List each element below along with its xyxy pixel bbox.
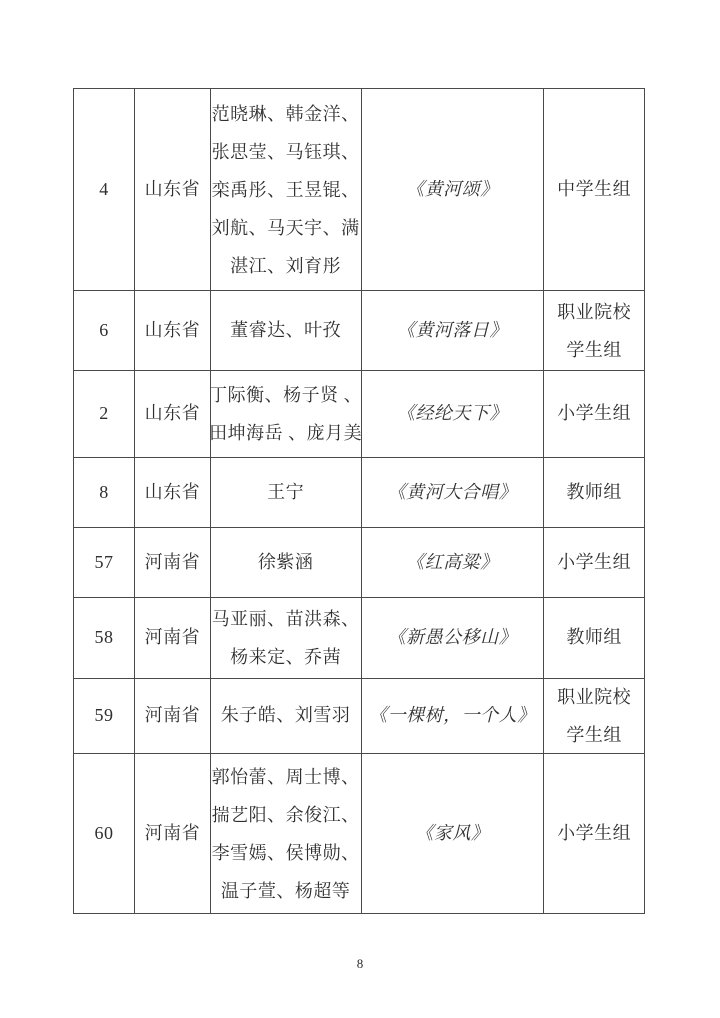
- cell-province: 山东省: [135, 291, 211, 371]
- cell-work-title-text: 《经纶天下》: [397, 402, 508, 425]
- cell-participant-names: 朱子皓、刘雪羽: [211, 679, 362, 754]
- table-row: 2山东省丁际衡、杨子贤 、田坤海岳 、庞月美《经纶天下》小学生组: [74, 371, 645, 458]
- cell-work-title-text: 《家风》: [415, 822, 489, 845]
- cell-group-category: 小学生组: [544, 371, 645, 458]
- cell-entry-number-text: 2: [99, 402, 109, 425]
- cell-group-category-text: 小学生组: [557, 402, 631, 425]
- cell-entry-number-text: 8: [99, 481, 109, 504]
- cell-entry-number: 59: [74, 679, 135, 754]
- cell-work-title-text: 《红高粱》: [406, 551, 499, 574]
- cell-province-text: 山东省: [145, 319, 201, 342]
- cell-province: 山东省: [135, 89, 211, 291]
- cell-province: 河南省: [135, 528, 211, 598]
- cell-province-text: 河南省: [145, 626, 201, 649]
- table-row: 4山东省范晓琳、韩金洋、张思莹、马钰琪、栾禹彤、王昱锟、刘航、马天宇、满湛江、刘…: [74, 89, 645, 291]
- cell-participant-names: 丁际衡、杨子贤 、田坤海岳 、庞月美: [211, 371, 362, 458]
- cell-participant-names: 董睿达、叶孜: [211, 291, 362, 371]
- cell-group-category-text: 职业院校: [557, 679, 631, 716]
- cell-entry-number: 8: [74, 458, 135, 528]
- cell-province-text: 山东省: [145, 178, 201, 201]
- cell-group-category: 小学生组: [544, 754, 645, 914]
- cell-work-title: 《一棵树，一个人》: [362, 679, 545, 754]
- cell-group-category-text: 教师组: [566, 481, 622, 504]
- cell-work-title-text: 《黄河颂》: [406, 178, 499, 201]
- cell-participant-names-text: 丁际衡、杨子贤 、: [211, 376, 362, 414]
- cell-participant-names-text: 范晓琳、韩金洋、: [212, 95, 360, 133]
- cell-participant-names: 范晓琳、韩金洋、张思莹、马钰琪、栾禹彤、王昱锟、刘航、马天宇、满湛江、刘育彤: [211, 89, 362, 291]
- cell-province: 山东省: [135, 458, 211, 528]
- cell-work-title-text: 《新愚公移山》: [388, 626, 518, 649]
- cell-participant-names: 马亚丽、苗洪森、杨来定、乔茜: [211, 598, 362, 679]
- cell-province: 山东省: [135, 371, 211, 458]
- cell-work-title: 《黄河落日》: [362, 291, 545, 371]
- cell-entry-number: 6: [74, 291, 135, 371]
- cell-participant-names-text: 朱子皓、刘雪羽: [221, 704, 351, 727]
- table-row: 8山东省王宁《黄河大合唱》教师组: [74, 458, 645, 528]
- document-page: 4山东省范晓琳、韩金洋、张思莹、马钰琪、栾禹彤、王昱锟、刘航、马天宇、满湛江、刘…: [0, 0, 720, 1018]
- cell-participant-names: 王宁: [211, 458, 362, 528]
- cell-participant-names-text: 温子萱、杨超等: [221, 872, 351, 910]
- cell-entry-number-text: 57: [94, 551, 113, 574]
- cell-work-title-text: 《黄河落日》: [397, 319, 508, 342]
- cell-group-category-text: 学生组: [566, 716, 622, 754]
- cell-group-category: 职业院校学生组: [544, 291, 645, 371]
- page-number: 8: [0, 956, 720, 972]
- cell-participant-names-text: 田坤海岳 、庞月美: [211, 414, 362, 452]
- cell-group-category: 职业院校学生组: [544, 679, 645, 754]
- cell-participant-names-text: 李雪嫣、侯博勋、: [212, 834, 360, 872]
- cell-participant-names-text: 揣艺阳、余俊江、: [212, 796, 360, 834]
- cell-province: 河南省: [135, 598, 211, 679]
- cell-participant-names-text: 栾禹彤、王昱锟、: [212, 171, 360, 209]
- cell-participant-names-text: 湛江、刘育彤: [230, 247, 341, 285]
- cell-entry-number-text: 4: [99, 178, 109, 201]
- cell-work-title: 《新愚公移山》: [362, 598, 545, 679]
- cell-group-category-text: 职业院校: [557, 293, 631, 331]
- cell-entry-number: 60: [74, 754, 135, 914]
- table-row: 57河南省徐紫涵《红高粱》小学生组: [74, 528, 645, 598]
- cell-work-title: 《黄河大合唱》: [362, 458, 545, 528]
- cell-province-text: 河南省: [145, 822, 201, 845]
- cell-province-text: 河南省: [145, 704, 201, 727]
- cell-group-category: 教师组: [544, 598, 645, 679]
- table-row: 6山东省董睿达、叶孜《黄河落日》职业院校学生组: [74, 291, 645, 371]
- table-row: 60河南省郭怡蕾、周士博、揣艺阳、余俊江、李雪嫣、侯博勋、温子萱、杨超等《家风》…: [74, 754, 645, 914]
- cell-participant-names-text: 马亚丽、苗洪森、: [212, 600, 360, 638]
- cell-group-category: 小学生组: [544, 528, 645, 598]
- cell-work-title: 《黄河颂》: [362, 89, 545, 291]
- cell-entry-number: 57: [74, 528, 135, 598]
- cell-group-category-text: 学生组: [566, 331, 622, 369]
- cell-work-title-text: 《黄河大合唱》: [388, 481, 518, 504]
- cell-entry-number-text: 58: [94, 626, 113, 649]
- cell-entry-number-text: 60: [94, 822, 113, 845]
- cell-participant-names-text: 董睿达、叶孜: [230, 319, 341, 342]
- cell-participant-names: 徐紫涵: [211, 528, 362, 598]
- cell-province: 河南省: [135, 679, 211, 754]
- cell-group-category-text: 小学生组: [557, 822, 631, 845]
- cell-participant-names-text: 徐紫涵: [258, 551, 314, 574]
- cell-group-category: 教师组: [544, 458, 645, 528]
- cell-province-text: 河南省: [145, 551, 201, 574]
- cell-group-category-text: 中学生组: [557, 178, 631, 201]
- cell-work-title-text: 《一棵树，一个人》: [369, 704, 536, 727]
- cell-province-text: 山东省: [145, 481, 201, 504]
- cell-entry-number: 4: [74, 89, 135, 291]
- cell-province-text: 山东省: [145, 402, 201, 425]
- results-table: 4山东省范晓琳、韩金洋、张思莹、马钰琪、栾禹彤、王昱锟、刘航、马天宇、满湛江、刘…: [73, 88, 645, 914]
- cell-group-category-text: 教师组: [566, 626, 622, 649]
- cell-participant-names-text: 杨来定、乔茜: [230, 638, 341, 676]
- cell-participant-names-text: 郭怡蕾、周士博、: [212, 758, 360, 796]
- cell-province: 河南省: [135, 754, 211, 914]
- cell-work-title: 《经纶天下》: [362, 371, 545, 458]
- cell-entry-number-text: 6: [99, 319, 109, 342]
- cell-group-category-text: 小学生组: [557, 551, 631, 574]
- cell-participant-names-text: 张思莹、马钰琪、: [212, 133, 360, 171]
- cell-participant-names-text: 王宁: [267, 481, 304, 504]
- cell-group-category: 中学生组: [544, 89, 645, 291]
- cell-entry-number-text: 59: [94, 704, 113, 727]
- cell-participant-names-text: 刘航、马天宇、满: [212, 209, 360, 247]
- cell-work-title: 《家风》: [362, 754, 545, 914]
- cell-work-title: 《红高粱》: [362, 528, 545, 598]
- cell-entry-number: 58: [74, 598, 135, 679]
- table-row: 59河南省朱子皓、刘雪羽《一棵树，一个人》职业院校学生组: [74, 679, 645, 754]
- cell-participant-names: 郭怡蕾、周士博、揣艺阳、余俊江、李雪嫣、侯博勋、温子萱、杨超等: [211, 754, 362, 914]
- cell-entry-number: 2: [74, 371, 135, 458]
- table-row: 58河南省马亚丽、苗洪森、杨来定、乔茜《新愚公移山》教师组: [74, 598, 645, 679]
